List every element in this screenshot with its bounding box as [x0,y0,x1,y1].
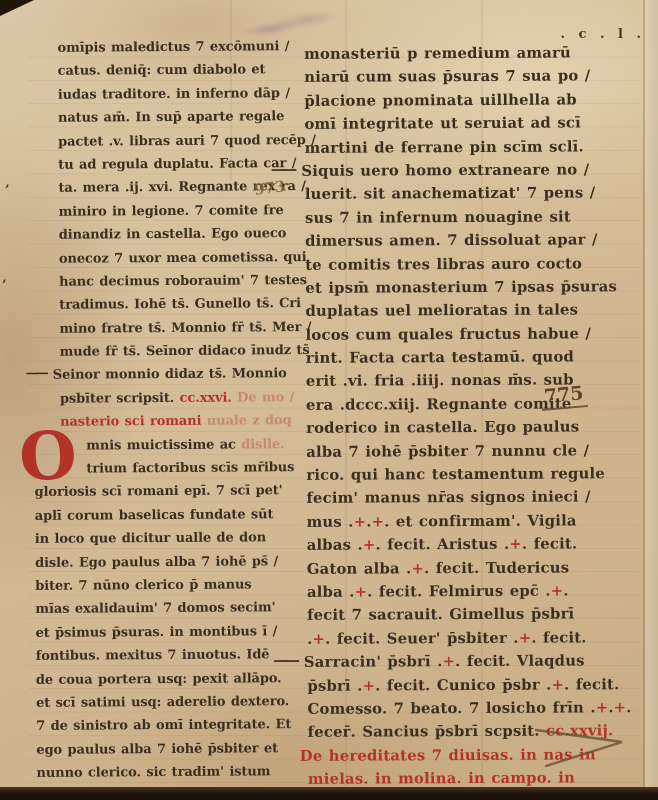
text-segment: . fecit. [564,676,619,693]
text-segment: . fecit. Seuer' p̄sbiter . [325,630,519,648]
text-segment: + [372,513,385,530]
text-line: catus. deniq̄: cum diabolo et [32,58,296,83]
text-line: ——Siquis uero homo extraneare no / [297,158,643,183]
text-segment: mus . [307,513,354,530]
text-line: 7 de sinistro ab omī integritate. Et [36,713,300,738]
margin-tick-mark: ’ [5,183,10,198]
text-segment: omīpis maledictus 7 excōmuni / [57,39,289,56]
text-segment: . [563,582,568,599]
text-segment: fontibus. mexitus 7 inuotus. Idē [36,647,270,664]
text-line: biter. 7 nūno clerico p̄ manus [35,573,299,598]
text-line: de coua portera usq: pexit allāpo. [36,667,300,692]
text-segment: + [363,537,376,554]
text-segment: onecoz 7 uxor mea cometissa. qui [59,250,307,267]
text-line: omī integritate ut seruiat ad scī [296,111,642,136]
text-segment: trium factoribus scīs mr̄ibus [86,460,294,476]
text-line: hanc decimus roborauim' 7 testes [33,269,297,294]
text-line: dinandiz in castella. Ego oueco [33,222,297,247]
text-segment: de coua portera usq: pexit allāpo. [36,671,282,688]
text-segment: . fecit. Tudericus [424,559,569,577]
text-segment: + [355,584,368,601]
text-segment: fecim' manus nr̄as signos inieci / [306,489,590,507]
text-line: niarū cum suas p̄suras 7 sua po / [296,64,642,89]
text-segment: martini de ferrane pin scīm sclī. [305,138,584,156]
text-segment: et ipsm̄ monasterium 7 ipsas p̄suras [305,278,617,297]
text-segment: sus 7 in infernum nouagine sit [305,208,571,226]
text-line: miniro in legione. 7 comite fre [33,199,297,224]
text-segment: . fecit. [531,629,586,646]
text-line: in loco que dicitur ualle de don [35,526,299,551]
text-line: alba .+. fecit. Felmirus epc̄ .+. [299,579,645,604]
text-segment: cc.xxvi. [180,390,238,405]
text-line: rico. qui hanc testamentum regule [298,462,644,487]
text-segment: catus. deniq̄: cum diabolo et [58,63,266,79]
text-column-left: omīpis maledictus 7 excōmuni /catus. den… [31,35,300,785]
text-line: natus am̄. In sup̄ aparte regale [32,105,296,130]
text-segment: hanc decimus roborauim' 7 testes [59,273,307,290]
text-segment: Siquis uero homo extraneare no / [301,161,589,180]
text-line: fecit 7 sacrauit. Gimellus p̄sbrī [299,602,645,627]
text-segment: fecit 7 sacrauit. Gimellus p̄sbrī [307,606,574,624]
text-line: et scī satimi usq: aderelio dextero. [36,690,300,715]
text-segment: et scī satimi usq: aderelio dextero. [36,694,289,711]
text-segment: + [509,536,522,553]
text-segment: + [363,677,376,694]
text-line: tradimus. Iohē ts̄. Gunello ts̄. Cri [33,292,297,317]
text-line: duplatas uel melioratas in tales [297,298,643,323]
text-segment: . fecit. Vlaqdus [455,653,585,671]
photo-bottom-edge [0,787,658,800]
text-segment: p̄lacione pnominata uillhella ab [304,91,577,109]
text-segment: + [411,560,424,577]
text-segment: mude fr̄ ts̄. Seīnor didaco īnudz ts̄ [60,343,310,360]
text-segment: pactet .v. libras auri 7 quod recēp / [58,133,316,150]
text-segment: tu ad regula duplatu. Facta car / [58,156,296,173]
text-segment: dislle. [241,437,284,452]
text-segment: uuale z doq [207,413,292,429]
text-line: te comitis tres libras auro cocto [297,252,643,277]
text-segment: + [443,653,456,670]
text-segment: disle. Ego paulus alba 7 iohē ps̄ / [35,554,278,571]
text-segment: tradimus. Iohē ts̄. Gunello ts̄. Cri [59,296,301,313]
text-segment: . fecit. Felmirus epc̄ . [367,583,551,601]
text-line: era .dccc.xiij. Regnante comite [298,392,644,417]
text-segment: niarū cum suas p̄suras 7 sua po / [304,68,590,86]
text-line: locos cum quales fructus habue / [298,322,644,347]
photo-corner-shadow [0,0,34,16]
text-line: ego paulus alba 7 iohē p̄sbiter et [36,737,300,762]
text-segment: locos cum quales fructus habue / [306,325,592,343]
text-line: albas .+. fecit. Aristus .+. fecit. [299,532,645,557]
manuscript-photo: . c . l . omīpis maledictus 7 excōmuni /… [0,0,658,800]
text-segment: Seinor monnio didaz ts̄. Monnio [53,367,287,384]
text-line: mude fr̄ ts̄. Seīnor didaco īnudz ts̄ [34,339,298,364]
text-segment: rico. qui hanc testamentum regule [306,465,605,484]
marginal-year-note-973: 973 [253,177,286,199]
text-segment: 7 de sinistro ab omī integritate. Et [36,717,291,734]
paragraph-dash: —— [26,362,46,386]
text-segment: iudas traditore. in inferno dāp / [58,86,290,103]
text-segment: dimersus amen. 7 dissoluat apar / [305,231,598,250]
text-line: mīas exalidauim' 7 domos secim' [35,596,299,621]
text-segment: luerit. sit anachematizat' 7 pens / [305,185,596,204]
folio-number: . c . l . [560,27,644,42]
text-line: alba 7 iohē p̄sbiter 7 nunnu cle / [298,439,644,464]
text-segment: + [551,583,564,600]
text-line: ——Sarracin' p̄sbrī .+. fecit. Vlaqdus [299,649,645,674]
text-segment: natus am̄. In sup̄ aparte regale [58,109,284,126]
text-segment: roderico in castella. Ego paulus [306,419,579,437]
text-segment: albas . [307,537,363,554]
text-line: fontibus. mexitus 7 inuotus. Idē [36,643,300,668]
text-segment: in loco que dicitur ualle de don [35,531,266,548]
text-line: Gaton alba .+. fecit. Tudericus [299,556,645,581]
text-segment: ego paulus alba 7 iohē p̄sbiter et [36,741,278,758]
text-segment: aplī corum baselicas fundate sūt [35,507,274,524]
text-segment: + [354,513,367,530]
text-line: et p̄simus p̄suras. in montibus ī / [35,620,299,645]
text-line: nunno clerico. sic tradim' istum [36,760,300,785]
text-segment: . et confirmam'. Vigila [384,512,577,530]
margin-chevron-mark [528,706,642,778]
text-line: et ipsm̄ monasterium 7 ipsas p̄suras [297,275,643,300]
text-line: roderico in castella. Ego paulus [298,415,644,440]
text-line: luerit. sit anachematizat' 7 pens / [297,181,643,206]
text-segment: alba 7 iohē p̄sbiter 7 nunnu cle / [306,442,589,460]
text-column-right: monasteriū p remedium amarūniarū cum sua… [296,41,646,791]
page-edge [645,0,658,787]
text-line: disle. Ego paulus alba 7 iohē ps̄ / [35,550,299,575]
text-segment: Sarracin' p̄sbrī . [304,653,443,671]
marginal-year-note-775: 775 [540,382,588,411]
margin-tick-mark: ’ [2,278,7,293]
text-segment: + [312,631,325,648]
text-segment: erit .vi. fria .iiij. nonas m̄s. sub [306,372,574,390]
text-line: pactet .v. libras auri 7 quod recēp / [32,129,296,154]
text-segment: nunno clerico. sic tradim' istum [36,764,270,781]
text-segment: psbīter scripsit. [60,391,180,407]
text-segment: + [551,676,564,693]
text-line: iudas traditore. in inferno dāp / [32,82,296,107]
text-segment: . fecit. Aristus . [375,536,509,554]
text-segment: et p̄simus p̄suras. in montibus ī / [36,624,278,641]
text-segment: alba . [307,584,355,601]
paragraph-dash: —— [273,649,297,673]
text-line: erit .vi. fria .iiij. nonas m̄s. sub [298,369,644,394]
text-segment: era .dccc.xiij. Regnante comite [306,395,572,413]
text-segment: De mo / [237,390,294,405]
text-line: aplī corum baselicas fundate sūt [35,503,299,528]
rubricated-initial-o: O [14,413,81,503]
text-segment: mīas exalidauim' 7 domos secim' [35,601,275,618]
text-line: onecoz 7 uxor mea cometissa. qui [33,246,297,271]
text-line: fecim' manus nr̄as signos inieci / [298,486,644,511]
text-segment: omī integritate ut seruiat ad scī [304,115,580,133]
text-segment: duplatas uel melioratas in tales [305,302,578,320]
text-line: mino fratre ts̄. Monnio fr̄ ts̄. Mer / [33,316,297,341]
text-line: dimersus amen. 7 dissoluat apar / [297,228,643,253]
text-line: martini de ferrane pin scīm sclī. [297,135,643,160]
text-line: psbīter scripsit. cc.xxvi. De mo / [34,386,298,411]
text-line: ——Seinor monnio didaz ts̄. Monnio [34,363,298,388]
text-segment: p̄sbrī . [307,677,362,694]
text-segment: nasterio sci romani [60,414,207,430]
text-segment: rint. Facta carta testamū. quod [306,349,574,367]
text-line: monasteriū p remedium amarū [296,41,642,66]
text-line: p̄sbrī .+. fecit. Cunico p̄sbr .+. fecit… [299,673,645,698]
text-segment: Gaton alba . [307,560,412,578]
text-line: omīpis maledictus 7 excōmuni / [31,35,295,60]
text-segment: mino fratre ts̄. Monnio fr̄ ts̄. Mer / [59,320,311,337]
text-line: mus .+.+. et confirmam'. Vigila [298,509,644,534]
text-segment: . fecit. Cunico p̄sbr . [375,676,551,694]
text-line: p̄lacione pnominata uillhella ab [296,88,642,113]
text-segment: monasteriū p remedium amarū [304,44,571,62]
text-line: tu ad regula duplatu. Facta car / [32,152,296,177]
text-segment: . fecit. [522,536,577,553]
text-segment: + [519,629,532,646]
text-segment: fecer̄. Sancius p̄sbrī scpsit. [308,723,546,741]
text-line: rint. Facta carta testamū. quod [298,345,644,370]
text-segment: te comitis tres libras auro cocto [305,255,582,273]
text-segment: biter. 7 nūno clerico p̄ manus [35,577,251,594]
text-segment: mnis muictissime ac [86,437,241,453]
text-line: .+. fecit. Seuer' p̄sbiter .+. fecit. [299,626,645,651]
text-line: sus 7 in infernum nouagine sit [297,205,643,230]
text-segment: dinandiz in castella. Ego oueco [59,226,287,243]
text-segment: miniro in legione. 7 comite fre [59,203,284,220]
